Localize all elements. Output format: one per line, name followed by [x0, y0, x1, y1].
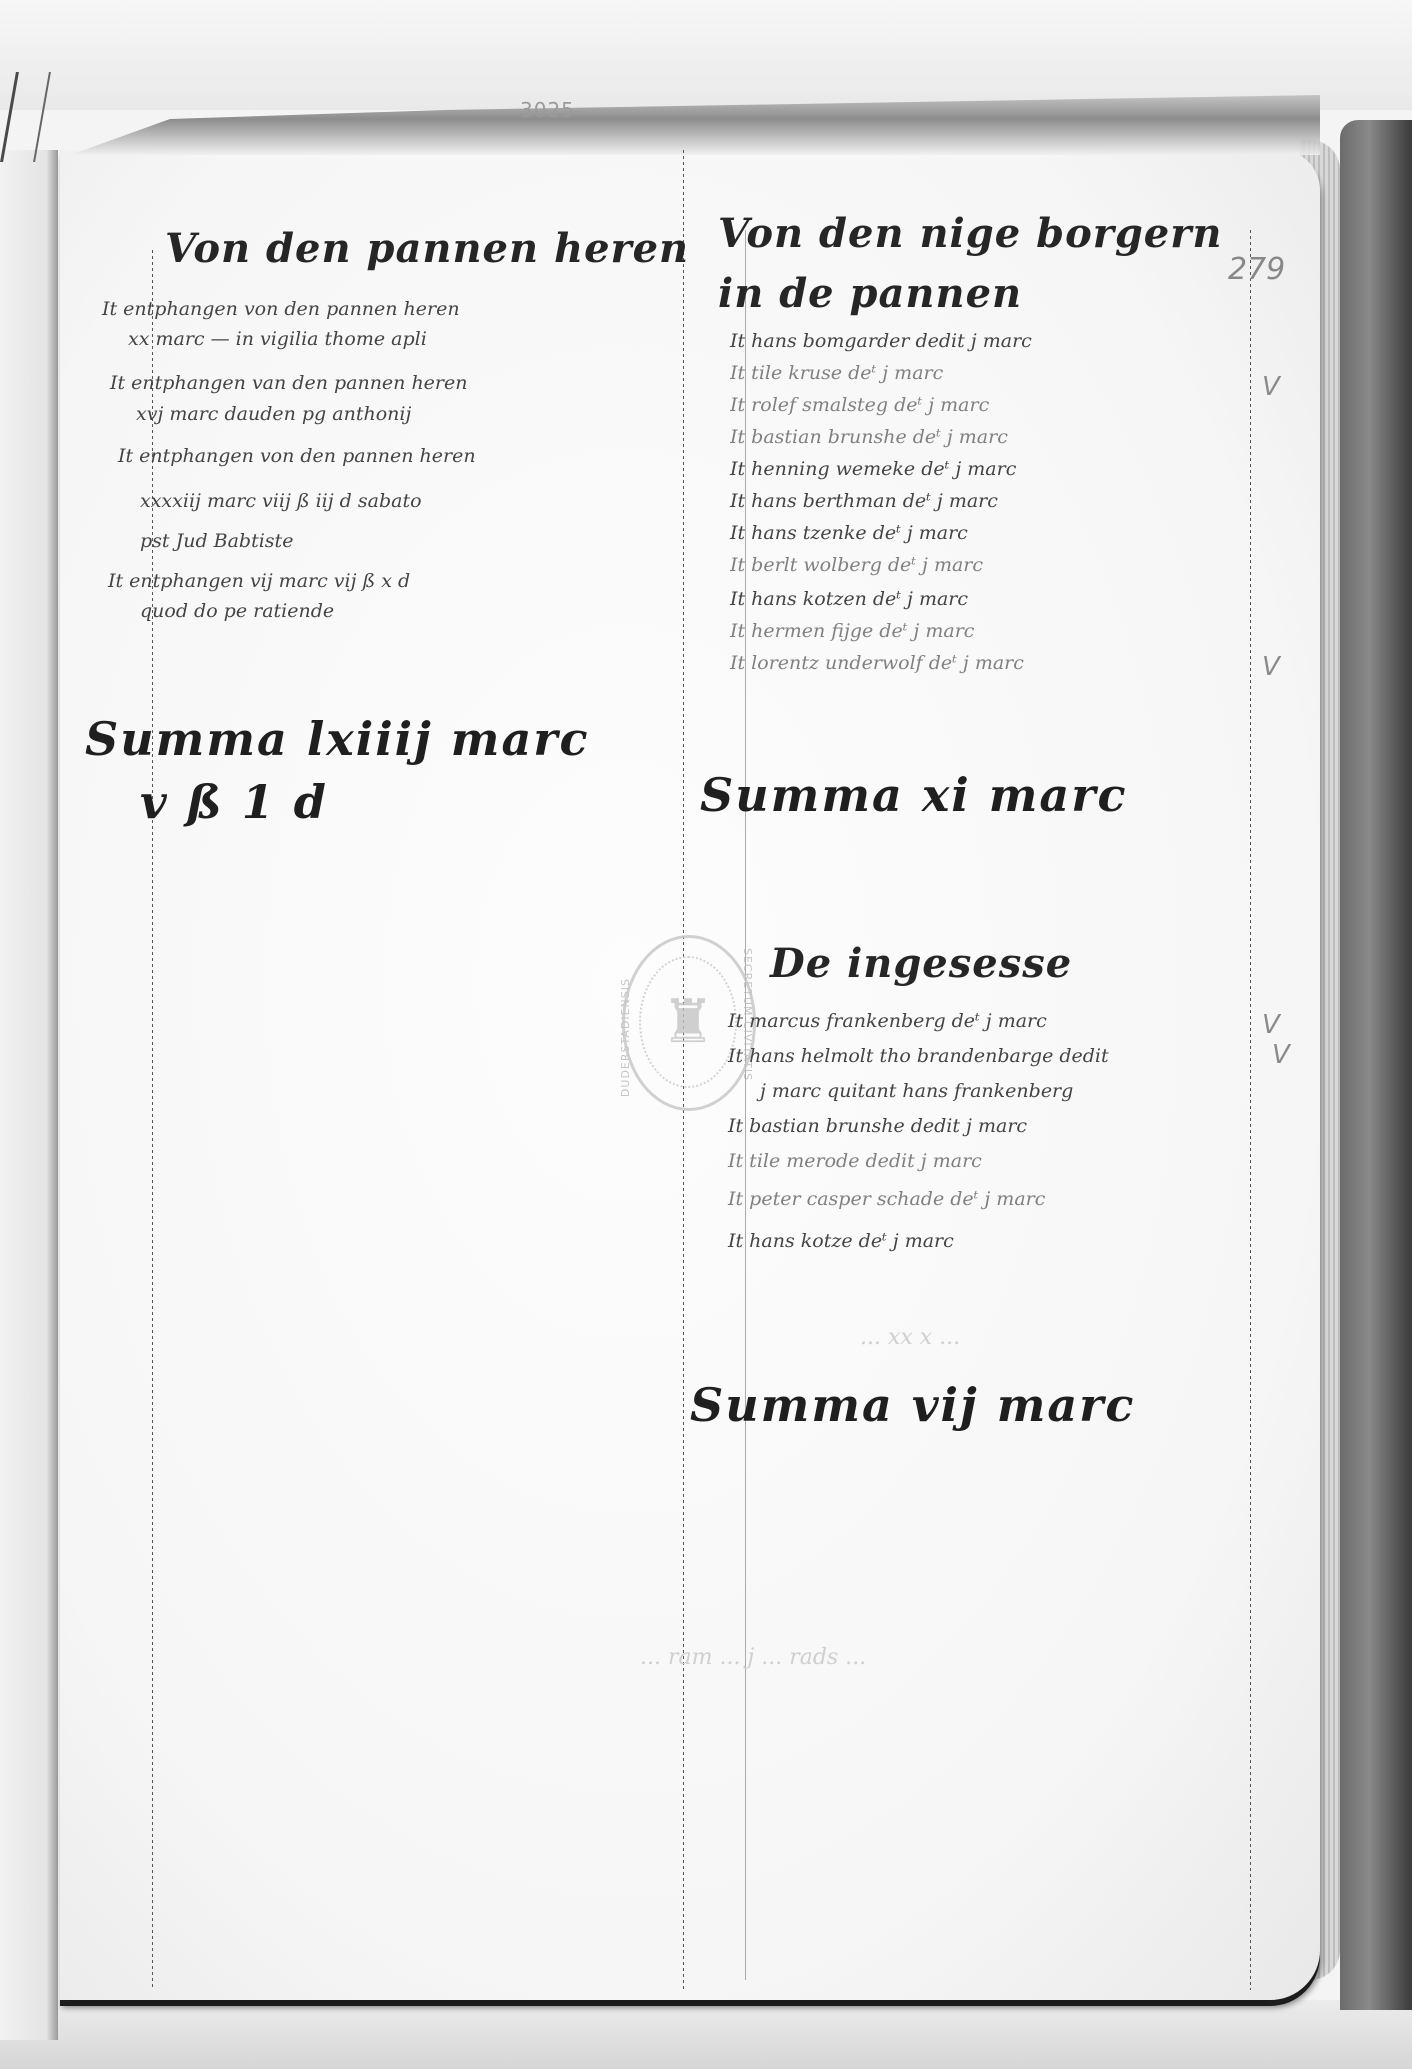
right-entry: It henning wemeke deᵗ j marc — [730, 458, 1016, 480]
right-entry: It hermen fijge deᵗ j marc — [730, 620, 974, 642]
section2-entry: It peter casper schade deᵗ j marc — [728, 1188, 1045, 1210]
lion-icon: ♜ — [661, 987, 715, 1057]
right-entry: It tile kruse deᵗ j marc — [730, 362, 943, 384]
section2-entry: It hans helmolt tho brandenbarge dedit — [728, 1045, 1109, 1067]
archive-number: 3025 — [520, 98, 575, 122]
left-entry: xxxxiij marc viij ß iij d sabato — [140, 490, 422, 512]
right-sum: Summa xi marc — [700, 768, 1127, 822]
left-facing-leaf — [0, 150, 58, 2040]
left-sum-line: Summa lxiiij marc — [85, 712, 590, 766]
section2-sum: Summa vij marc — [690, 1378, 1135, 1432]
section2-heading: De ingesesse — [770, 940, 1072, 987]
right-entry: It bastian brunshe deᵗ j marc — [730, 426, 1008, 448]
section2-entry: It bastian brunshe dedit j marc — [728, 1115, 1027, 1137]
left-entry: It entphangen van den pannen heren — [110, 372, 468, 394]
margin-check-mark: V — [1262, 1010, 1280, 1040]
section2-entry: It tile merode dedit j marc — [728, 1150, 982, 1172]
right-entry: It berlt wolberg deᵗ j marc — [730, 554, 983, 576]
left-entry: xx marc — in vigilia thome apli — [128, 328, 427, 350]
seal-inscription-left: DUDERSTADIENSIS — [619, 978, 632, 1097]
left-entry: It entphangen von den pannen heren — [118, 445, 476, 467]
ruling-line-right — [1250, 230, 1251, 1990]
right-entry: It hans berthman deᵗ j marc — [730, 490, 998, 512]
bleed-through-text: ... ram ... j ... rads ... — [640, 1645, 866, 1670]
right-subheading: in de pannen — [718, 270, 1022, 317]
margin-check-mark: V — [1272, 1040, 1290, 1070]
left-entry: It entphangen von den pannen heren — [102, 298, 460, 320]
left-sum-line: v ß 1 d — [140, 775, 328, 829]
margin-check-mark: V — [1262, 372, 1280, 402]
right-entry: It hans bomgarder dedit j marc — [730, 330, 1032, 352]
left-entry: It entphangen vij marc vij ß x d — [108, 570, 410, 592]
folio-number: 279 — [1228, 252, 1285, 287]
right-entry: It hans tzenke deᵗ j marc — [730, 522, 968, 544]
right-entry: It hans kotzen deᵗ j marc — [730, 588, 968, 610]
margin-check-mark: V — [1262, 652, 1280, 682]
section2-entry: It hans kotze deᵗ j marc — [728, 1230, 954, 1252]
scan-background-bottom — [0, 2000, 1412, 2069]
left-heading: Von den pannen heren — [165, 225, 689, 272]
bleed-through-text: ... xx x ... — [860, 1325, 960, 1350]
left-entry: xvj marc dauden pg anthonij — [136, 403, 411, 425]
section2-entry: It marcus frankenberg deᵗ j marc — [728, 1010, 1047, 1032]
section2-entry: j marc quitant hans frankenberg — [760, 1080, 1073, 1102]
seal-center: ♜ — [639, 956, 737, 1088]
right-entry: It lorentz underwolf deᵗ j marc — [730, 652, 1024, 674]
left-entry: pst Jud Babtiste — [140, 530, 293, 552]
scan-background-top — [0, 0, 1412, 110]
right-entry: It rolef smalsteg deᵗ j marc — [730, 394, 989, 416]
right-heading: Von den nige borgern — [718, 210, 1222, 257]
book-cover-edge — [1340, 120, 1412, 2010]
left-entry: quod do pe ratiende — [140, 600, 334, 622]
